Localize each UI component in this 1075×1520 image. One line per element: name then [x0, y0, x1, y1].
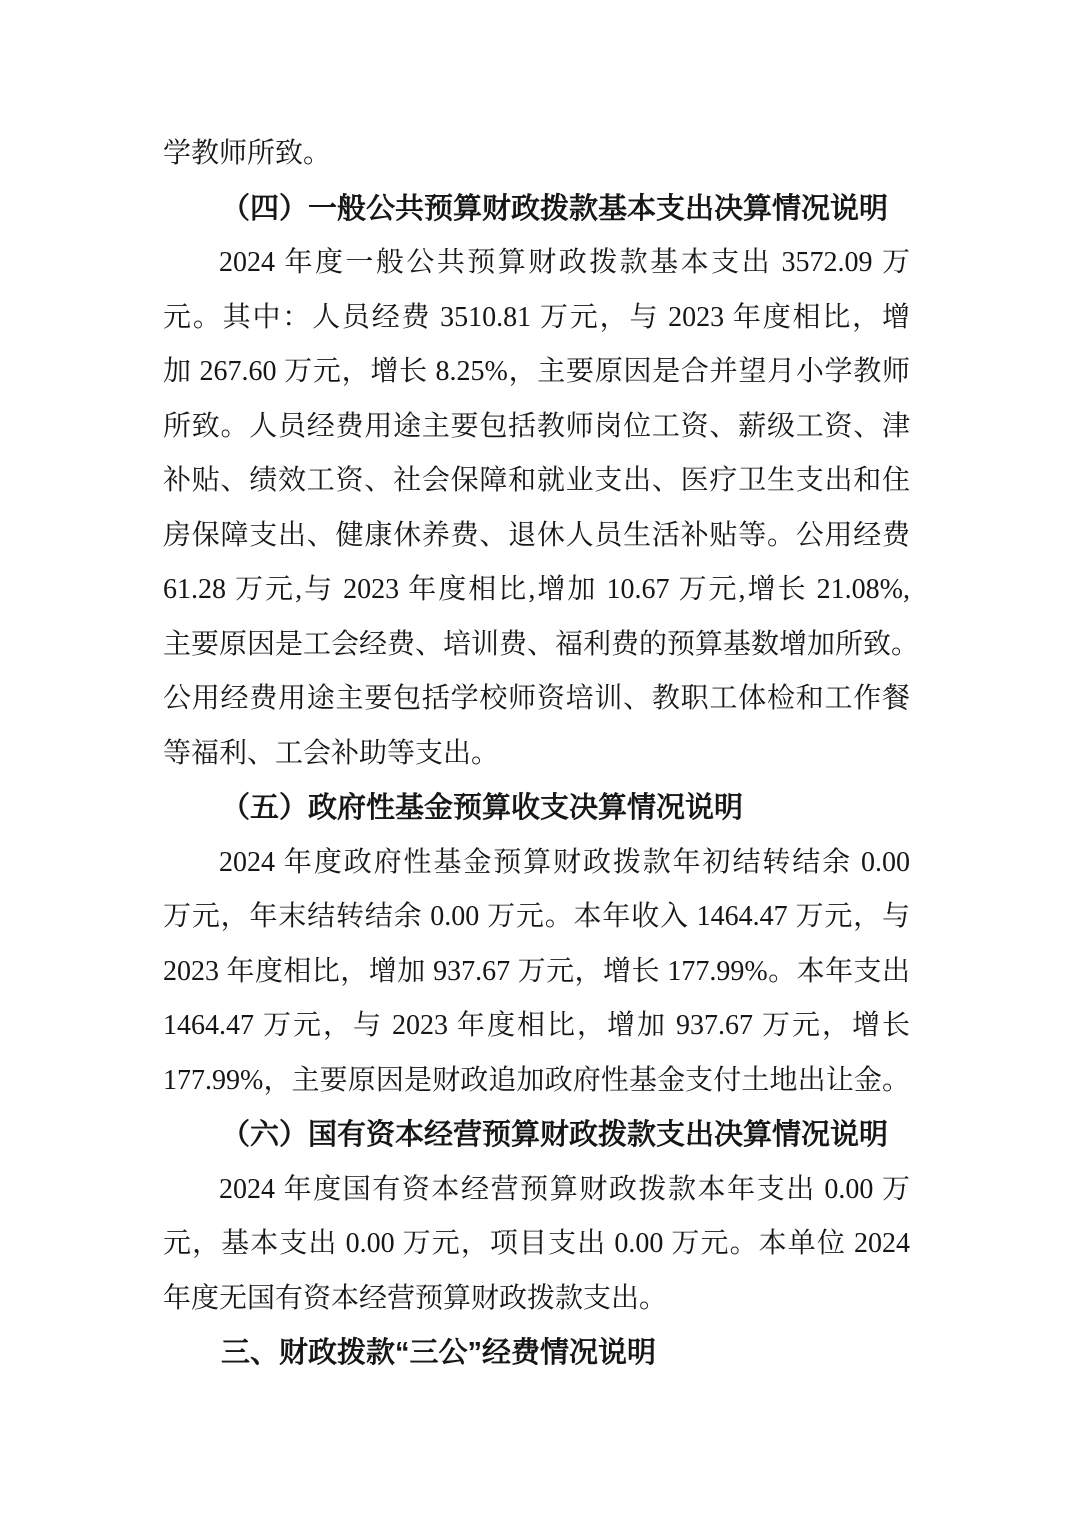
text-line: 2024 年度政府性基金预算财政拨款年初结转结余 0.00 [163, 836, 910, 891]
text-line: 所致。人员经费用途主要包括教师岗位工资、薪级工资、津 [163, 400, 910, 455]
text-line: 177.99%，主要原因是财政追加政府性基金支付土地出让金。 [163, 1054, 910, 1109]
text-line: 加 267.60 万元，增长 8.25%，主要原因是合并望月小学教师 [163, 345, 910, 400]
text-line: 公用经费用途主要包括学校师资培训、教职工体检和工作餐 [163, 672, 910, 727]
document-content: 学教师所致。（四）一般公共预算财政拨款基本支出决算情况说明2024 年度一般公共… [163, 127, 910, 1381]
section-heading: 三、财政拨款“三公”经费情况说明 [163, 1326, 910, 1381]
document-page: 学教师所致。（四）一般公共预算财政拨款基本支出决算情况说明2024 年度一般公共… [0, 0, 1075, 1520]
text-line: 万元，年末结转结余 0.00 万元。本年收入 1464.47 万元，与 [163, 890, 910, 945]
paragraph: 2024 年度政府性基金预算财政拨款年初结转结余 0.00万元，年末结转结余 0… [163, 836, 910, 1109]
section-heading: （六）国有资本经营预算财政拨款支出决算情况说明 [163, 1108, 910, 1163]
text-line: 61.28 万元,与 2023 年度相比,增加 10.67 万元,增长 21.0… [163, 563, 910, 618]
text-line: 2024 年度国有资本经营预算财政拨款本年支出 0.00 万 [163, 1163, 910, 1218]
paragraph: 学教师所致。 [163, 127, 910, 182]
text-line: 元，基本支出 0.00 万元，项目支出 0.00 万元。本单位 2024 [163, 1217, 910, 1272]
text-line: 2023 年度相比，增加 937.67 万元，增长 177.99%。本年支出 [163, 945, 910, 1000]
section-heading: （四）一般公共预算财政拨款基本支出决算情况说明 [163, 182, 910, 237]
text-line: 年度无国有资本经营预算财政拨款支出。 [163, 1272, 910, 1327]
text-line: 主要原因是工会经费、培训费、福利费的预算基数增加所致。 [163, 618, 910, 673]
text-line: 学教师所致。 [163, 127, 910, 182]
text-line: 房保障支出、健康休养费、退休人员生活补贴等。公用经费 [163, 509, 910, 564]
text-line: 1464.47 万元，与 2023 年度相比，增加 937.67 万元，增长 [163, 999, 910, 1054]
section-heading: （五）政府性基金预算收支决算情况说明 [163, 781, 910, 836]
paragraph: 2024 年度一般公共预算财政拨款基本支出 3572.09 万元。其中：人员经费… [163, 236, 910, 781]
text-line: 元。其中：人员经费 3510.81 万元，与 2023 年度相比，增 [163, 291, 910, 346]
text-line: 补贴、绩效工资、社会保障和就业支出、医疗卫生支出和住 [163, 454, 910, 509]
text-line: 等福利、工会补助等支出。 [163, 727, 910, 782]
paragraph: 2024 年度国有资本经营预算财政拨款本年支出 0.00 万元，基本支出 0.0… [163, 1163, 910, 1327]
text-line: 2024 年度一般公共预算财政拨款基本支出 3572.09 万 [163, 236, 910, 291]
